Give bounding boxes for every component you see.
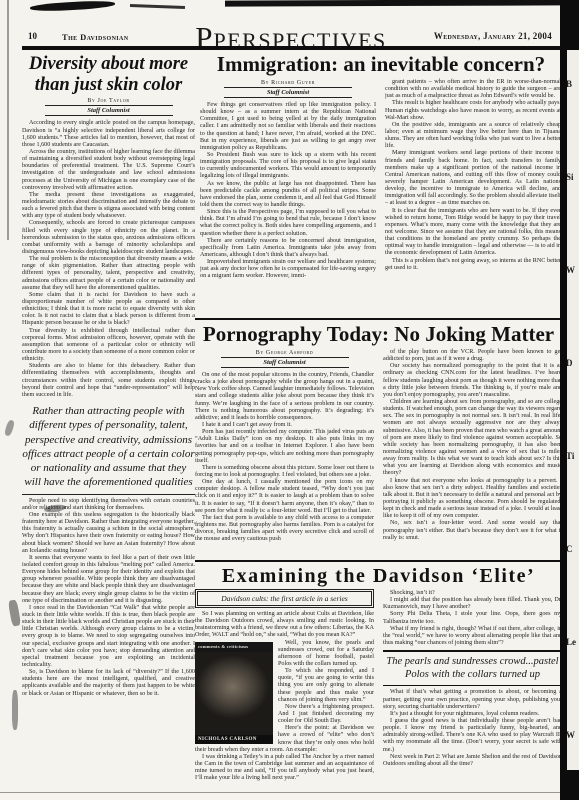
paragraph: Since this is the Perspectives page, I’m… [200,209,376,238]
paragraph: There are certainly reasons to be concer… [200,238,376,259]
paragraph: According to every single article posted… [22,120,195,149]
issue-date: Wednesday, January 21, 2004 [434,31,552,41]
diversity-pull-quote: Rather than attracting people with diffe… [22,404,195,490]
paragraph: What if my friend is right, though? What… [383,626,562,647]
byline-role: Staff Columnist [45,106,173,116]
paragraph: Students are also to blame for this deba… [22,363,195,399]
edge-letter-fragment: Ti [567,452,578,461]
byline-role: Staff Columnist [224,88,352,98]
diversity-body-continued: People need to stop identifying themselv… [22,494,195,698]
paragraph: I was drinking a Tetley’s in a pub calle… [195,754,374,783]
paragraph: Some claim that it is racist for Davidso… [22,292,195,328]
diversity-headline: Diversity about more than just skin colo… [22,54,195,95]
paragraph: Children are learning about sex from por… [383,399,562,478]
pornography-headline: Pornography Today: No Joking Matter [195,322,562,347]
immigration-headline: Immigration: an inevitable concern? [200,52,562,77]
photo-header-label: comments & criticisms [195,642,273,652]
paragraph: On the positive side, immigrants are a s… [385,122,561,151]
adjacent-page-sliver: BSiWDTiCLeW [567,50,579,770]
byline-author: By Joe Taylor [45,98,173,106]
columnist-photo: comments & criticisms NICHOLAS CARLSON [195,642,273,744]
scan-artifact [8,599,21,626]
paragraph: Few things get conservatives riled up li… [200,102,376,152]
series-note: Davidson cults: the first article in a s… [197,591,372,606]
paragraph: The media present these investigations a… [22,192,195,221]
scan-artifact [225,0,562,7]
edge-letter-fragment: W [567,266,578,275]
immigration-col1: By Richard Guyer Staff Columnist Few thi… [200,77,376,281]
pornography-byline: By George Ashford Staff Columnist [221,350,349,368]
edge-letter-fragment: W [567,731,578,740]
elite-pull-quote: The pearls and sundresses crowd...pastel… [383,650,562,686]
paragraph: Many immigrant workers send large portio… [385,150,561,207]
bottom-hairline [0,792,560,793]
paragraph: One example of this useless segregation … [22,512,195,555]
edge-letter-fragment: Le [567,638,578,647]
article-pornography: Pornography Today: No Joking Matter By G… [195,318,562,562]
edge-letter-fragment: D [567,359,578,368]
paragraph: Impoverished immigrants strain our welfa… [200,259,376,280]
paragraph: Our society has normalized pornography t… [383,363,562,399]
paragraph: Consequently, schools are forced to crea… [22,220,195,256]
immigration-col2: grant patients – who often arrive in the… [385,77,561,281]
paragraph: As we know, the public at large has not … [200,181,376,210]
paragraph: The fact that porn is available to any c… [195,515,374,544]
paragraph: It’s just a thought for your nightmares,… [383,711,562,718]
columnist-portrait-image [195,652,273,735]
masthead-rule [22,46,560,50]
paragraph: Across the country, institutions of high… [22,149,195,192]
paragraph: So, is Davidson to blame for its lack of… [22,669,195,698]
paragraph: So I was planning on writing an article … [195,611,374,640]
article-immigration: Immigration: an inevitable concern? By R… [200,52,562,318]
paragraph: This result is higher healthcare costs f… [385,100,561,121]
masthead: 10 The Davidsonian PPerspectives Wednesd… [22,24,560,46]
immigration-byline: By Richard Guyer Staff Columnist [224,80,352,98]
paragraph: One day at lunch, I casually mentioned t… [195,479,374,515]
edge-letter-fragment: C [567,545,578,554]
paragraph: I might add that the position has alread… [383,597,562,611]
photo-caption: NICHOLAS CARLSON [195,735,273,744]
article-diversity: Diversity about more than just skin colo… [22,54,195,798]
paragraph: Porn has just recently infected my compu… [195,429,374,465]
scan-artifact [30,0,115,12]
elite-col1-flow: comments & criticisms NICHOLAS CARLSON W… [195,640,374,783]
byline-role: Staff Columnist [221,358,349,368]
paragraph: Sorry Phi Delta Theta, I stole your line… [383,611,562,625]
elite-col1: Davidson cults: the first article in a s… [195,588,374,782]
elite-col2: Shocking, isn’t it?I might add that the … [383,588,562,782]
paragraph: I know that not everyone who looks at po… [383,478,562,521]
paragraph: No, sex isn’t a four-letter word. And so… [383,520,562,541]
newspaper-page: 10 The Davidsonian PPerspectives Wednesd… [0,0,579,800]
paragraph: The real problem is the misconception th… [22,256,195,292]
scan-artifact [130,4,185,9]
scan-artifact [4,419,16,436]
edge-letter-fragment: B [567,80,578,89]
paragraph: I once read in the Davidsonian “Cat Walk… [22,605,195,669]
edge-letter-fragment: Si [567,173,578,182]
elite-headline: Examining the Davidson ‘Elite’ [195,565,562,588]
byline-author: By George Ashford [221,350,349,358]
scan-artifact [12,690,18,730]
scan-artifact [7,0,9,240]
paragraph: What if that’s what getting a promotion … [383,689,562,710]
article-elite: Examining the Davidson ‘Elite’ Davidson … [195,560,562,800]
pornography-col1: By George Ashford Staff Columnist On one… [195,347,374,543]
diversity-body: According to every single article posted… [22,120,195,398]
byline-author: By Richard Guyer [224,80,352,88]
paragraph: Next week in Part 2: What are Jamie Shel… [383,754,562,768]
paragraph: I guess the good news is that individual… [383,718,562,754]
paragraph: grant patients – who often arrive in the… [385,79,561,100]
paragraph: of the play button on the VCR. People ha… [383,349,562,363]
paragraph: It is clear that the immigrants who are … [385,208,561,258]
paragraph: People need to stop identifying themselv… [22,498,195,512]
paragraph: It seems that everyone wants to feel lik… [22,555,195,605]
paragraph: There is something obscene about this pi… [195,465,374,479]
paragraph: This is a problem that’s not going away,… [385,258,561,272]
paragraph: So President Bush was sure to kick up a … [200,152,376,181]
diversity-byline: By Joe Taylor Staff Columnist [45,98,173,116]
paragraph: True diversity is exhibited through inte… [22,328,195,364]
pornography-col2: of the play button on the VCR. People ha… [383,347,562,543]
paragraph: On one of the most popular sitcoms in th… [195,372,374,422]
